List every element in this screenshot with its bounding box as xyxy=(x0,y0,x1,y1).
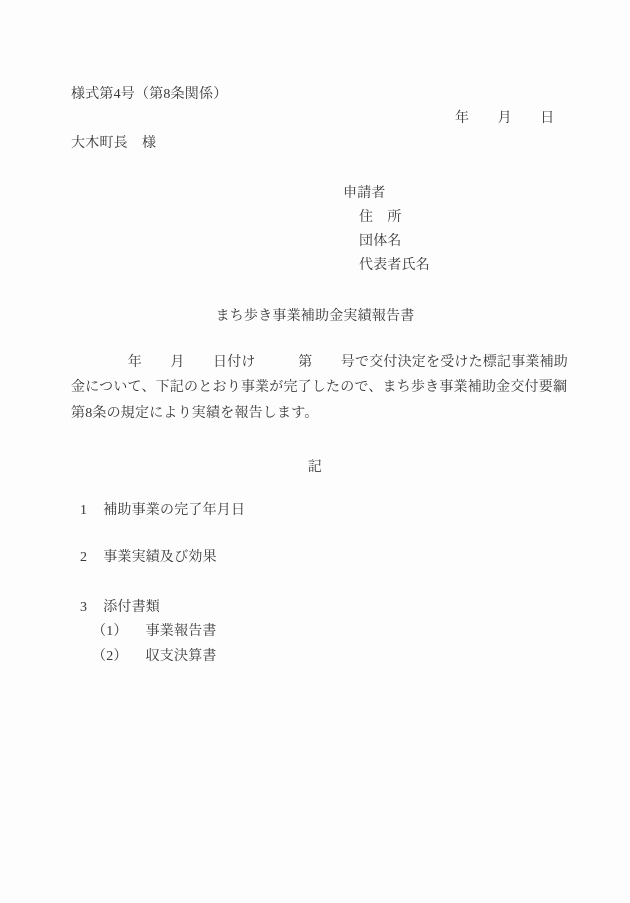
list-item-number: 2 xyxy=(80,550,87,566)
body-paragraph-line: 第8条の規定により実績を報告します。 xyxy=(71,401,576,426)
attachment-item-financial-statement: （2） 収支決算書 xyxy=(92,649,217,665)
applicant-address-label: 住 所 xyxy=(359,210,402,226)
list-item-text: 事業実績及び効果 xyxy=(103,550,217,566)
date-line: 年 月 日 xyxy=(455,111,554,127)
attachment-item-text: 事業報告書 xyxy=(146,624,217,640)
list-item-completion-date: 1 補助事業の完了年月日 xyxy=(80,503,245,519)
body-paragraph: 年 月 日付け 第 号で交付決定を受けた標記事業補助 金について、下記のとおり事… xyxy=(71,350,576,426)
form-number: 様式第4号（第8条関係） xyxy=(71,87,227,103)
applicant-representative-label: 代表者氏名 xyxy=(359,258,430,274)
applicant-label: 申請者 xyxy=(343,186,386,202)
document-page: 様式第4号（第8条関係） 年 月 日 大木町長 様 申請者 住 所 団体名 代表… xyxy=(0,0,630,903)
body-paragraph-line: 金について、下記のとおり事業が完了したので、まち歩き事業補助金交付要綱 xyxy=(71,375,576,400)
list-item-text: 補助事業の完了年月日 xyxy=(103,503,245,519)
body-paragraph-line: 年 月 日付け 第 号で交付決定を受けた標記事業補助 xyxy=(71,350,576,375)
applicant-organization-label: 団体名 xyxy=(359,234,402,250)
list-item-number: 1 xyxy=(80,503,87,519)
attachment-item-business-report: （1） 事業報告書 xyxy=(92,624,217,640)
record-marker: 記 xyxy=(0,456,630,476)
list-item-attachments: 3 添付書類 xyxy=(80,600,160,616)
list-item-text: 添付書類 xyxy=(103,600,160,616)
attachment-item-text: 収支決算書 xyxy=(146,649,217,665)
attachment-item-number: （2） xyxy=(92,649,128,665)
addressee: 大木町長 様 xyxy=(71,136,156,152)
list-item-number: 3 xyxy=(80,600,87,616)
list-item-results-effects: 2 事業実績及び効果 xyxy=(80,550,217,566)
attachment-item-number: （1） xyxy=(92,624,128,640)
document-title: まち歩き事業補助金実績報告書 xyxy=(0,305,630,325)
